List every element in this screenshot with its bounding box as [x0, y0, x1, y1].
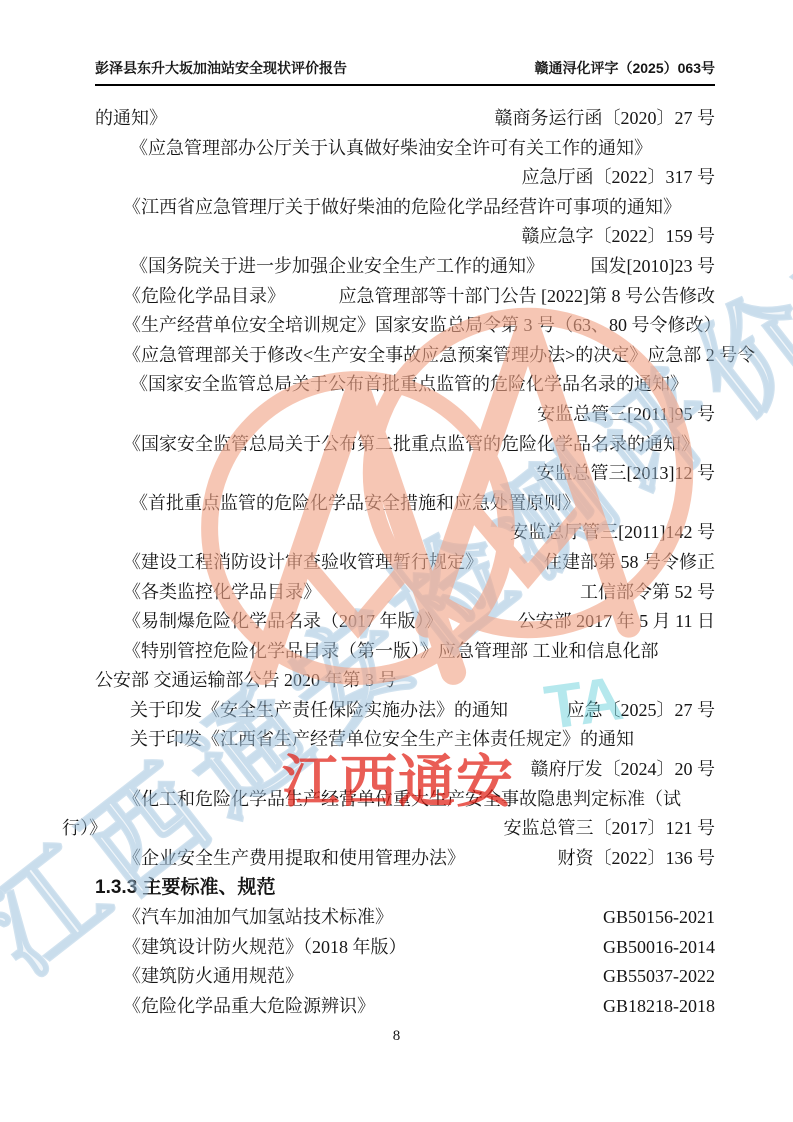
reference-line: 安监总管三[2013]12 号: [95, 459, 715, 489]
reference-line: 《特别管控危险化学品目录（第一版）》应急管理部 工业和信息化部: [95, 637, 715, 667]
standard-title: 《建筑设计防火规范》（2018 年版）: [123, 933, 407, 963]
reference-number: 赣府厅发〔2024〕20 号: [531, 755, 716, 785]
doc-title: 彭泽县东升大坂加油站安全现状评价报告: [95, 58, 347, 78]
reference-line: 的通知》赣商务运行函〔2020〕27 号: [95, 104, 715, 134]
reference-line: 《企业安全生产费用提取和使用管理办法》财资〔2022〕136 号: [95, 844, 715, 874]
reference-line: 赣应急字〔2022〕159 号: [95, 222, 715, 252]
reference-line: 《建设工程消防设计审查验收管理暂行规定》住建部第 58 号令修正: [95, 548, 715, 578]
reference-title: 《化工和危险化学品生产经营单位重大生产安全事故隐患判定标准（试: [123, 785, 681, 815]
reference-title: 《危险化学品目录》: [123, 282, 285, 312]
reference-title: 《各类监控化学品目录》: [123, 578, 321, 608]
reference-number: 安监总管三[2013]12 号: [537, 459, 716, 489]
reference-number: 安监总管三[2011]95 号: [537, 400, 715, 430]
reference-title: 《国务院关于进一步加强企业安全生产工作的通知》: [130, 252, 544, 282]
reference-title: 《应急管理部关于修改<生产安全事故应急预案管理办法>的决定》应急部 2 号令: [123, 341, 755, 371]
reference-line: 安监总管三[2011]95 号: [95, 400, 715, 430]
reference-title: 《江西省应急管理厅关于做好柴油的危险化学品经营许可事项的通知》: [123, 193, 681, 223]
reference-number: 住建部第 58 号令修正: [544, 548, 715, 578]
reference-line: 《国务院关于进一步加强企业安全生产工作的通知》国发[2010]23 号: [95, 252, 715, 282]
reference-line: 《生产经营单位安全培训规定》国家安监总局令第 3 号（63、80 号令修改）: [95, 311, 715, 341]
reference-number: 安监总厅管三[2011]142 号: [510, 518, 715, 548]
standard-code: GB50016-2014: [603, 933, 715, 963]
page-number: 8: [0, 1028, 793, 1045]
reference-title: 《国家安全监管总局关于公布首批重点监管的危险化学品名录的通知》: [130, 370, 688, 400]
reference-line: 公安部 交通运输部公告 2020 年第 3 号: [95, 666, 715, 696]
reference-title: 《企业安全生产费用提取和使用管理办法》: [123, 844, 465, 874]
standard-title: 《汽车加油加气加氢站技术标准》: [123, 903, 393, 933]
reference-title: 《生产经营单位安全培训规定》: [123, 311, 375, 341]
reference-number: 应急管理部等十部门公告 [2022]第 8 号公告修改: [339, 282, 716, 312]
standard-code: GB55037-2022: [603, 962, 715, 992]
reference-title: 《特别管控危险化学品目录（第一版）》应急管理部 工业和信息化部: [123, 637, 659, 667]
reference-line: 应急厅函〔2022〕317 号: [95, 163, 715, 193]
reference-line: 关于印发《安全生产责任保险实施办法》的通知应急〔2025〕27 号: [95, 696, 715, 726]
reference-number: 赣商务运行函〔2020〕27 号: [495, 104, 716, 134]
reference-line: 《易制爆危险化学品名录（2017 年版）》公安部 2017 年 5 月 11 日: [95, 607, 715, 637]
standard-line: 《建筑设计防火规范》（2018 年版）GB50016-2014: [95, 933, 715, 963]
page-header: 彭泽县东升大坂加油站安全现状评价报告 赣通浔化评字（2025）063号: [95, 58, 715, 86]
reference-title: 《建设工程消防设计审查验收管理暂行规定》: [123, 548, 483, 578]
standard-code: GB50156-2021: [603, 903, 715, 933]
reference-line: 《应急管理部关于修改<生产安全事故应急预案管理办法>的决定》应急部 2 号令: [95, 341, 715, 371]
reference-title: 《国家安全监管总局关于公布第二批重点监管的危险化学品名录的通知》: [123, 430, 699, 460]
standard-line: 《危险化学品重大危险源辨识》GB18218-2018: [95, 992, 715, 1022]
reference-title: 关于印发《安全生产责任保险实施办法》的通知: [130, 696, 508, 726]
reference-number: 国家安监总局令第 3 号（63、80 号令修改）: [375, 311, 722, 341]
reference-line: 关于印发《江西省生产经营单位安全生产主体责任规定》的通知: [95, 725, 715, 755]
reference-line: 行）》安监总管三〔2017〕121 号: [62, 814, 715, 844]
reference-title: 行）》: [62, 814, 107, 844]
reference-line: 《各类监控化学品目录》工信部令第 52 号: [95, 578, 715, 608]
standard-title: 《建筑防火通用规范》: [123, 962, 303, 992]
reference-line: 《应急管理部办公厅关于认真做好柴油安全许可有关工作的通知》: [95, 134, 715, 164]
standard-line: 《建筑防火通用规范》GB55037-2022: [95, 962, 715, 992]
reference-number: 工信部令第 52 号: [580, 578, 715, 608]
reference-title: 的通知》: [95, 104, 167, 134]
standard-title: 《危险化学品重大危险源辨识》: [123, 992, 375, 1022]
doc-number: 赣通浔化评字（2025）063号: [534, 58, 715, 78]
reference-number: 安监总管三〔2017〕121 号: [504, 814, 716, 844]
reference-line: 《首批重点监管的危险化学品安全措施和应急处置原则》: [95, 489, 715, 519]
reference-title: 《易制爆危险化学品名录（2017 年版）》: [123, 607, 443, 637]
reference-line: 《国家安全监管总局关于公布首批重点监管的危险化学品名录的通知》: [95, 370, 715, 400]
reference-line: 赣府厅发〔2024〕20 号: [95, 755, 715, 785]
reference-title: 公安部 交通运输部公告 2020 年第 3 号: [95, 666, 397, 696]
reference-line: 《国家安全监管总局关于公布第二批重点监管的危险化学品名录的通知》: [95, 430, 715, 460]
reference-title: 《首批重点监管的危险化学品安全措施和应急处置原则》: [130, 489, 580, 519]
reference-number: 公安部 2017 年 5 月 11 日: [518, 607, 715, 637]
document-body: 的通知》赣商务运行函〔2020〕27 号 《应急管理部办公厅关于认真做好柴油安全…: [95, 104, 715, 1021]
reference-line: 《危险化学品目录》应急管理部等十部门公告 [2022]第 8 号公告修改: [95, 282, 715, 312]
document-page: 彭泽县东升大坂加油站安全现状评价报告 赣通浔化评字（2025）063号 的通知》…: [0, 0, 793, 1122]
reference-number: 财资〔2022〕136 号: [558, 844, 716, 874]
reference-title: 《应急管理部办公厅关于认真做好柴油安全许可有关工作的通知》: [130, 134, 652, 164]
reference-number: 国发[2010]23 号: [591, 252, 716, 282]
standard-line: 《汽车加油加气加氢站技术标准》GB50156-2021: [95, 903, 715, 933]
reference-number: 应急厅函〔2022〕317 号: [522, 163, 716, 193]
section-heading-text: 1.3.3 主要标准、规范: [95, 873, 276, 903]
reference-line: 安监总厅管三[2011]142 号: [95, 518, 715, 548]
reference-line: 《化工和危险化学品生产经营单位重大生产安全事故隐患判定标准（试: [95, 785, 715, 815]
reference-number: 应急〔2025〕27 号: [567, 696, 716, 726]
section-heading: 1.3.3 主要标准、规范: [95, 873, 715, 903]
reference-number: 赣应急字〔2022〕159 号: [522, 222, 716, 252]
standard-code: GB18218-2018: [603, 992, 715, 1022]
reference-line: 《江西省应急管理厅关于做好柴油的危险化学品经营许可事项的通知》: [95, 193, 715, 223]
reference-title: 关于印发《江西省生产经营单位安全生产主体责任规定》的通知: [130, 725, 634, 755]
